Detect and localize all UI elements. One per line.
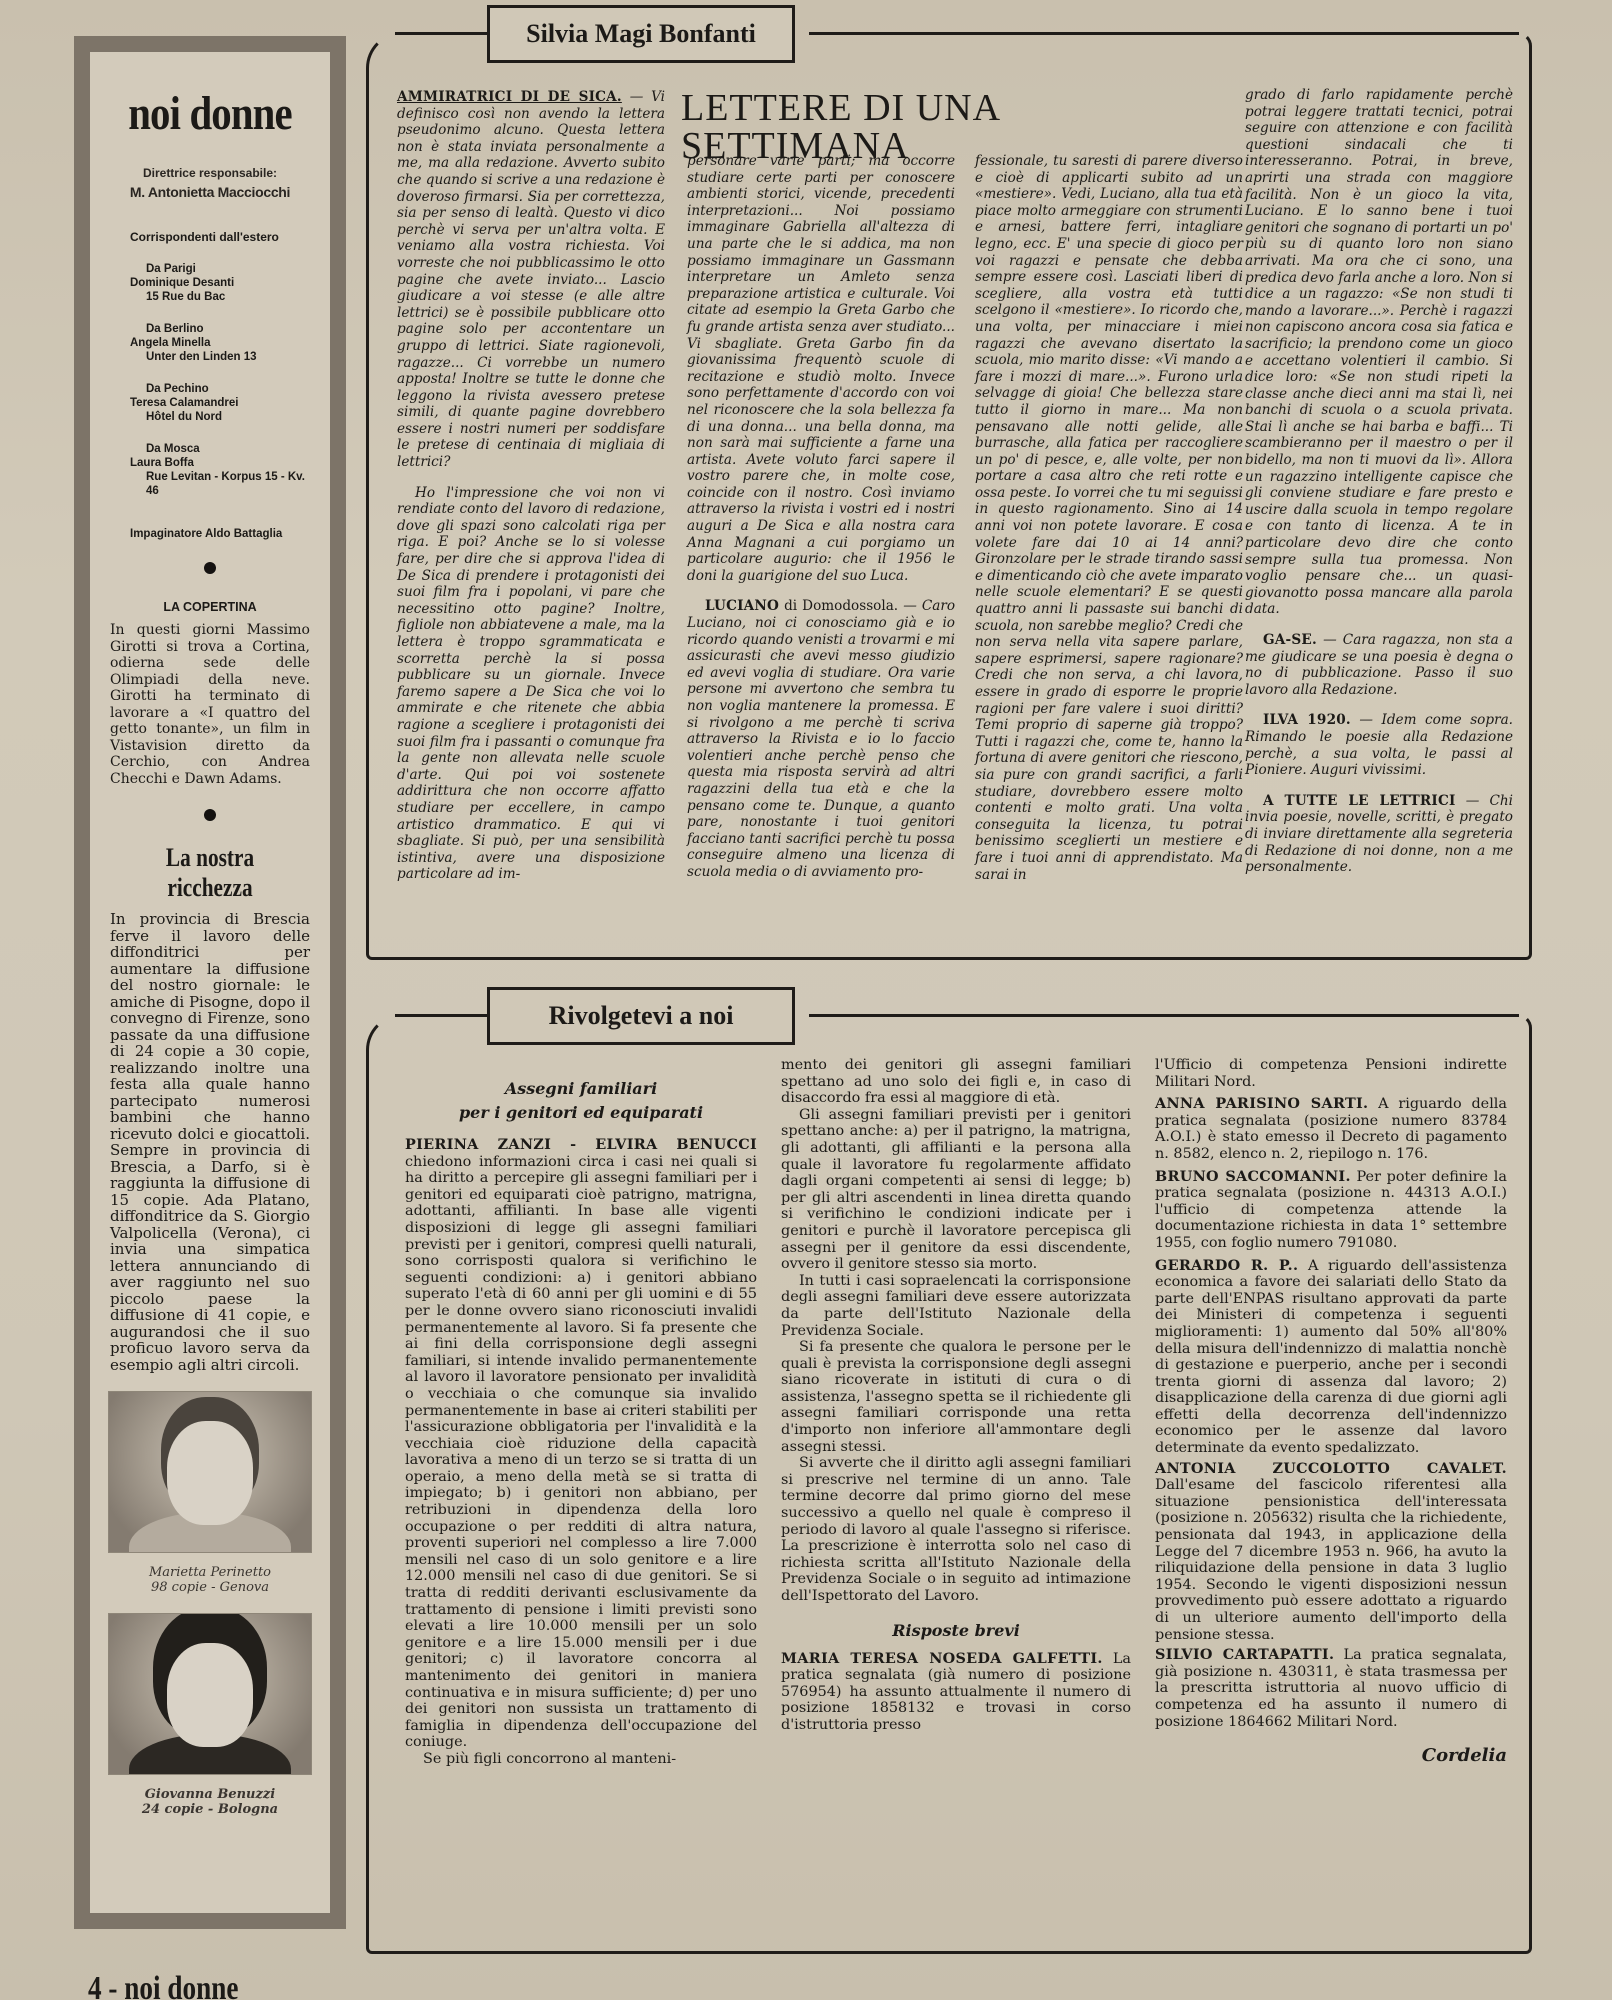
- wealth-heading: La nostra ricchezza: [125, 843, 296, 903]
- cover-heading: LA COPERTINA: [106, 600, 314, 614]
- brief-replies-heading: Risposte brevi: [781, 1619, 1131, 1643]
- page-footer: 4 - noi donne: [88, 1972, 238, 2000]
- letter-recipient: LUCIANO: [705, 598, 779, 614]
- correspondent-name: Angela Minella: [130, 336, 314, 350]
- cover-text: In questi giorni Massimo Girotti si trov…: [106, 622, 314, 787]
- signature: Cordelia: [1155, 1748, 1507, 1765]
- subheading: per i genitori ed equiparati: [405, 1101, 757, 1125]
- sidebar-frame: noi donne Direttrice responsabile: M. An…: [74, 36, 346, 1929]
- photo-caption: Marietta Perinetto 98 copie - Genova: [106, 1565, 314, 1595]
- correspondent-address: 15 Rue du Bac: [130, 290, 314, 304]
- correspondent-entry: Da Mosca Laura Boffa Rue Levitan - Korpu…: [106, 442, 314, 498]
- correspondent-city: Da Pechino: [130, 382, 314, 396]
- correspondent-entry: Da Pechino Teresa Calamandrei Hôtel du N…: [106, 382, 314, 424]
- letters-column-1: AMMIRATRICI DI DE SICA. — Vi definisco c…: [397, 89, 665, 883]
- correspondent-address: Unter den Linden 13: [130, 350, 314, 364]
- portrait-photo: [108, 1613, 312, 1775]
- correspondent-city: Da Berlino: [130, 322, 314, 336]
- portrait-photo: [108, 1391, 312, 1553]
- correspondent-city: Da Parigi: [130, 262, 314, 276]
- correspondent-name: Laura Boffa: [130, 456, 314, 470]
- advice-column-1: Assegni familiari per i genitori ed equi…: [405, 1077, 757, 1768]
- correspondent-address: Rue Levitan - Korpus 15 - Kv. 46: [130, 470, 314, 498]
- director-name: M. Antonietta Macciocchi: [106, 184, 314, 200]
- letters-column-3: fessionale, tu saresti di parere diverso…: [975, 153, 1243, 883]
- letter-recipient: GA-SE.: [1263, 632, 1317, 648]
- section-tab: Rivolgetevi a noi: [487, 987, 795, 1045]
- advice-section: Rivolgetevi a noi Assegni familiari per …: [366, 1014, 1532, 1954]
- caption-name: Giovanna Benuzzi: [106, 1787, 314, 1802]
- correspondent-city: Da Mosca: [130, 442, 314, 456]
- sidebar: noi donne Direttrice responsabile: M. An…: [90, 52, 330, 1817]
- reader-name: MARIA TERESA NOSEDA GALFETTI.: [781, 1650, 1103, 1667]
- author-tab: Silvia Magi Bonfanti: [487, 5, 795, 63]
- caption-detail: 24 copie - Bologna: [106, 1802, 314, 1817]
- layout-editor: Impaginatore Aldo Battaglia: [106, 528, 314, 540]
- letters-column-4: grado di farlo rapidamente perchè potrai…: [1245, 87, 1513, 876]
- staff-box: Direttrice responsabile: M. Antonietta M…: [106, 166, 314, 200]
- caption-detail: 98 copie - Genova: [106, 1580, 314, 1595]
- reader-name: GERARDO R. P..: [1155, 1257, 1298, 1274]
- subheading: Assegni familiari: [405, 1077, 757, 1101]
- letter-recipient: A TUTTE LE LETTRICI: [1263, 793, 1456, 809]
- director-role: Direttrice responsabile:: [106, 166, 314, 180]
- correspondent-entry: Da Parigi Dominique Desanti 15 Rue du Ba…: [106, 262, 314, 304]
- reader-name: ANNA PARISINO SARTI.: [1155, 1095, 1368, 1112]
- photo-caption: Giovanna Benuzzi 24 copie - Bologna: [106, 1787, 314, 1817]
- reader-name: SILVIO CARTAPATTI.: [1155, 1646, 1334, 1663]
- bullet-icon: [204, 562, 216, 574]
- letter-recipient: ILVA 1920.: [1263, 712, 1351, 728]
- letters-column-2: personare varie parti; ma occorre studia…: [687, 153, 955, 881]
- reader-name: BRUNO SACCOMANNI.: [1155, 1168, 1351, 1185]
- bullet-icon: [204, 809, 216, 821]
- reader-name: PIERINA ZANZI - ELVIRA BENUCCI: [405, 1136, 757, 1153]
- correspondent-name: Teresa Calamandrei: [130, 396, 314, 410]
- reader-name: ANTONIA ZUCCOLOTTO CAVALET.: [1155, 1460, 1507, 1477]
- caption-name: Marietta Perinetto: [106, 1565, 314, 1580]
- correspondent-entry: Da Berlino Angela Minella Unter den Lind…: [106, 322, 314, 364]
- letters-section: Silvia Magi Bonfanti LETTERE DI UNA SETT…: [366, 32, 1532, 960]
- correspondent-name: Dominique Desanti: [130, 276, 314, 290]
- correspondent-address: Hôtel du Nord: [130, 410, 314, 424]
- masthead: noi donne: [122, 90, 299, 138]
- correspondents-heading: Corrispondenti dall'estero: [106, 230, 314, 244]
- letter-recipient: AMMIRATRICI DI DE SICA.: [397, 89, 622, 105]
- advice-column-2: mento dei genitori gli assegni familiari…: [781, 1057, 1131, 1734]
- newspaper-page: noi donne Direttrice responsabile: M. An…: [0, 0, 1612, 2000]
- advice-column-3: l'Ufficio di competenza Pensioni indiret…: [1155, 1057, 1507, 1765]
- wealth-text: In provincia di Brescia ferve il lavoro …: [106, 911, 314, 1373]
